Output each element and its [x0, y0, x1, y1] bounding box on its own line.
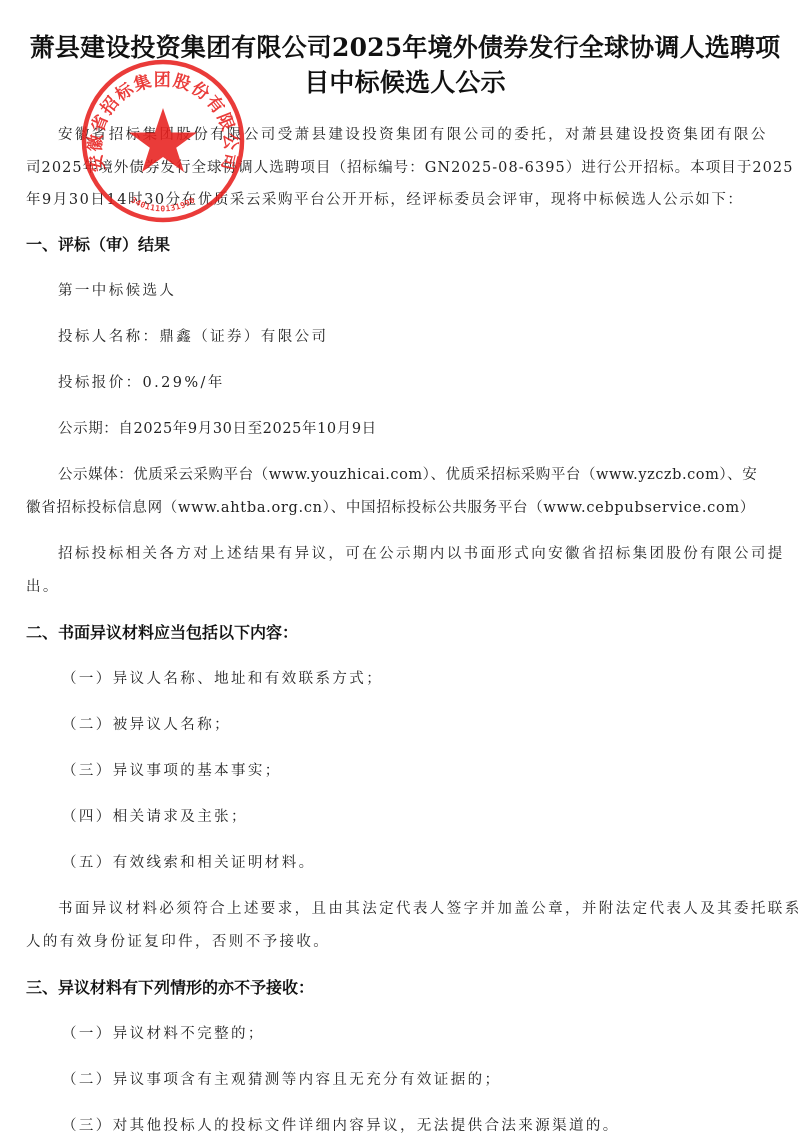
intro-line-2: 司2025年境外债券发行全球协调人选聘项目（招标编号：GN2025-08-639…	[26, 156, 793, 177]
section-2-heading: 二、书面异议材料应当包括以下内容：	[26, 620, 298, 643]
document-page: 萧县建设投资集团有限公司2025年境外债券发行全球协调人选聘项 目中标候选人公示…	[0, 0, 810, 1145]
section-2-item-3: （三）异议事项的基本事实；	[62, 759, 282, 780]
media-line-2: 徽省招标投标信息网（www.ahtba.org.cn）、中国招标投标公共服务平台…	[26, 496, 755, 517]
section-3-heading: 三、异议材料有下列情形的亦不予接收：	[26, 975, 314, 998]
section-3-item-3: （三）对其他投标人的投标文件详细内容异议，无法提供合法来源渠道的。	[62, 1114, 620, 1135]
section-3-item-1: （一）异议材料不完整的；	[62, 1022, 265, 1043]
section-2-item-5: （五）有效线索和相关证明材料。	[62, 851, 316, 872]
candidate-rank: 第一中标候选人	[58, 279, 176, 300]
section-1-heading: 一、评标（审）结果	[26, 232, 170, 255]
section-2-item-2: （二）被异议人名称；	[62, 713, 231, 734]
section-3-item-2: （二）异议事项含有主观猜测等内容且无充分有效证据的；	[62, 1068, 501, 1089]
document-title-line-1: 萧县建设投资集团有限公司2025年境外债券发行全球协调人选聘项	[0, 28, 810, 64]
document-title-line-2: 目中标候选人公示	[0, 63, 810, 99]
intro-line-3: 年9月30日14时30分在优质采云采购平台公开开标，经评标委员会评审，现将中标候…	[26, 188, 743, 209]
section-2-note-line-2: 人的有效身份证复印件，否则不予接收。	[26, 930, 330, 951]
objection-line-1: 招标投标相关各方对上述结果有异议，可在公示期内以书面形式向安徽省招标集团股份有限…	[58, 542, 785, 563]
media-line-1: 公示媒体：优质采云采购平台（www.youzhicai.com）、优质采招标采购…	[58, 463, 757, 484]
objection-line-2: 出。	[26, 575, 60, 596]
publicity-period: 公示期：自2025年9月30日至2025年10月9日	[58, 417, 377, 438]
bidder-name: 投标人名称：鼎鑫（证券）有限公司	[58, 325, 328, 346]
section-2-item-1: （一）异议人名称、地址和有效联系方式；	[62, 667, 383, 688]
section-2-item-4: （四）相关请求及主张；	[62, 805, 248, 826]
bid-price: 投标报价：0.29%/年	[58, 371, 225, 392]
intro-line-1: 安徽省招标集团股份有限公司受萧县建设投资集团有限公司的委托，对萧县建设投资集团有…	[58, 123, 768, 144]
section-2-note-line-1: 书面异议材料必须符合上述要求，且由其法定代表人签字并加盖公章，并附法定代表人及其…	[58, 897, 802, 918]
